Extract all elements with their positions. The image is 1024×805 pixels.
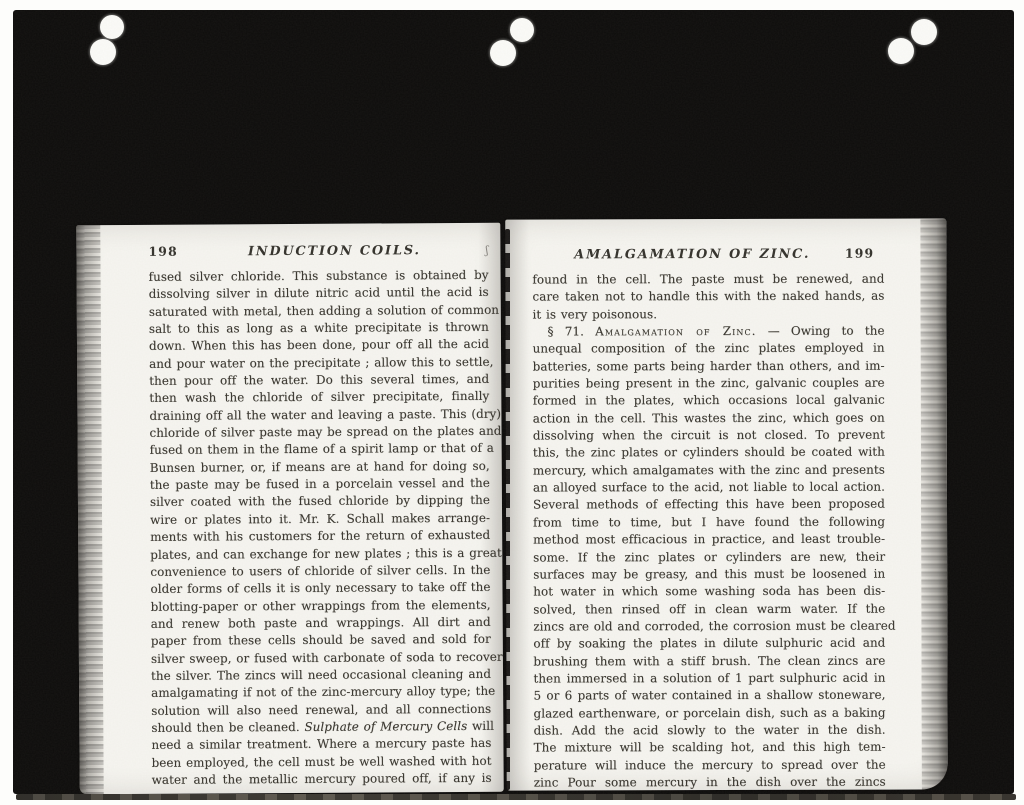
text-line: silver sweep, or fused with carbonate of… bbox=[151, 648, 491, 667]
text-line: amalgamating if not of the zinc-mercury … bbox=[151, 683, 491, 702]
text-segment: dissolving when the circuit is not close… bbox=[533, 428, 885, 443]
text-segment: zincs are old and corroded, the corrosio… bbox=[533, 618, 895, 633]
text-segment: batteries, some parts being harder than … bbox=[533, 358, 885, 373]
text-line: some. If the zinc plates or cylinders ar… bbox=[533, 548, 885, 566]
text-segment: glazed earthenware, or porcelain dish, s… bbox=[534, 705, 886, 720]
text-segment: blotting-paper or other wrappings from t… bbox=[151, 597, 491, 613]
book-page-left: 198 INDUCTION COILS. ʃ fused silver chlo… bbox=[76, 223, 503, 795]
punch-hole bbox=[90, 39, 116, 65]
text-line: been employed, the cell must be well was… bbox=[151, 752, 491, 771]
text-segment: draining off all the water and leaving a… bbox=[149, 406, 501, 422]
text-segment: formed in the plates, which occasions lo… bbox=[533, 393, 885, 408]
page-right-worn-edge bbox=[920, 218, 947, 789]
text-line: perature will induce the mercury to spre… bbox=[534, 756, 886, 774]
text-segment: some. If the zinc plates or cylinders ar… bbox=[533, 549, 885, 564]
text-line: the paste may be fused in a porcelain ve… bbox=[150, 475, 490, 494]
right-running-head-row: AMALGAMATION OF ZINC. 199 bbox=[532, 246, 884, 263]
text-segment: hot water in which some washing soda has… bbox=[533, 584, 885, 599]
text-line: need a similar treatment. Where a mercur… bbox=[151, 735, 491, 754]
small-caps-phrase: Amalgamation of Zinc. bbox=[595, 324, 756, 338]
text-line: chloride of silver paste may be spread o… bbox=[149, 423, 489, 442]
text-line: and renew both paste and wrappings. All … bbox=[151, 614, 491, 633]
text-line: brushing them with a stiff brush. The cl… bbox=[533, 652, 885, 670]
text-line: paper from these cells should be saved a… bbox=[151, 631, 491, 650]
text-line: then immersed in a solution of 1 part su… bbox=[533, 669, 885, 687]
right-page-number: 199 bbox=[826, 246, 884, 261]
text-line: and pour water on the precipitate ; allo… bbox=[149, 353, 489, 372]
text-line: down. When this has been done, pour off … bbox=[149, 336, 489, 355]
text-segment: fused silver chloride. This substance is… bbox=[149, 268, 489, 284]
text-line: older forms of cells it is only necessar… bbox=[150, 579, 490, 598]
text-line: from time to time, but I have found the … bbox=[533, 513, 885, 531]
text-line: formed in the plates, which occasions lo… bbox=[533, 392, 885, 410]
text-segment: — Owing to the bbox=[757, 324, 885, 338]
punch-hole bbox=[911, 19, 937, 45]
text-line: salt to this as long as a white precipit… bbox=[149, 319, 489, 338]
text-segment: Several methods of effecting this have b… bbox=[533, 497, 885, 512]
text-line: surfaces may be greasy, and this must be… bbox=[533, 565, 885, 583]
text-segment: solved, then rinsed off in clean warm wa… bbox=[533, 601, 885, 616]
text-segment: Bunsen burner, or, if means are at hand … bbox=[150, 459, 490, 475]
text-segment: wire or plates into it. Mr. K. Schall ma… bbox=[150, 511, 490, 527]
text-segment: it is very poisonous. bbox=[532, 307, 657, 321]
book-spine-gutter-line bbox=[505, 229, 510, 790]
scan-bottom-edge-streak bbox=[16, 794, 1016, 800]
punch-hole bbox=[888, 38, 914, 64]
text-segment: plates, and can exchange for new plates … bbox=[150, 545, 502, 561]
text-line: silver coated with the fused chloride by… bbox=[150, 492, 490, 511]
text-line: should then be cleaned. Sulphate of Merc… bbox=[151, 718, 491, 737]
text-line: plates, and can exchange for new plates … bbox=[150, 544, 490, 563]
text-segment: an alloyed surface to the acid, not liab… bbox=[533, 480, 885, 495]
text-segment: chloride of silver paste may be spread o… bbox=[149, 424, 501, 440]
book-page-right: AMALGAMATION OF ZINC. 199 found in the c… bbox=[505, 218, 947, 790]
text-segment: need a similar treatment. Where a mercur… bbox=[151, 736, 491, 752]
text-line: convenience to users of chloride of silv… bbox=[150, 562, 490, 581]
text-line: found in the cell. The paste must be ren… bbox=[532, 271, 884, 289]
text-line: unequal composition of the zinc plates e… bbox=[533, 340, 885, 358]
text-line: § 71. Amalgamation of Zinc. — Owing to t… bbox=[533, 323, 885, 341]
text-segment: saturated with metal, then adding a solu… bbox=[149, 302, 499, 318]
text-segment: this, the zinc plates or cylinders shoul… bbox=[533, 445, 885, 460]
text-segment: dissolving silver in dilute nitric acid … bbox=[149, 285, 489, 301]
italic-phrase: Sulphate of Mercury Cells bbox=[304, 719, 467, 734]
text-segment: off by soaking the plates in dilute sulp… bbox=[533, 636, 885, 651]
text-line: batteries, some parts being harder than … bbox=[533, 357, 885, 375]
left-head-stray-mark: ʃ bbox=[462, 244, 488, 257]
text-segment: amalgamating if not of the zinc-mercury … bbox=[151, 684, 495, 700]
text-line: Several methods of effecting this have b… bbox=[533, 496, 885, 514]
text-line: solved, then rinsed off in clean warm wa… bbox=[533, 600, 885, 618]
text-segment: mercury, which amalgamates with the zinc… bbox=[533, 462, 885, 477]
text-segment: should then be cleaned. bbox=[151, 720, 304, 735]
text-line: solution will also need renewal, and all… bbox=[151, 700, 491, 719]
text-line: then wash the chloride of silver precipi… bbox=[149, 388, 489, 407]
text-segment: convenience to users of chloride of silv… bbox=[150, 563, 490, 579]
text-segment: older forms of cells it is only necessar… bbox=[150, 580, 490, 596]
page-left-worn-edge bbox=[76, 225, 103, 794]
text-segment: water and the metallic mercury poured of… bbox=[152, 771, 492, 787]
text-line: hot water in which some washing soda has… bbox=[533, 583, 885, 601]
text-line: The mixture will be scalding hot, and th… bbox=[534, 739, 886, 757]
text-line: wire or plates into it. Mr. K. Schall ma… bbox=[150, 510, 490, 529]
text-segment: The mixture will be scalding hot, and th… bbox=[534, 740, 886, 755]
page-text-left: fused silver chloride. This substance is… bbox=[149, 267, 492, 789]
text-line: saturated with metal, then adding a solu… bbox=[149, 301, 489, 320]
punch-hole bbox=[490, 40, 516, 66]
left-running-head: INDUCTION COILS. bbox=[206, 243, 462, 260]
punch-hole bbox=[510, 18, 534, 42]
text-line: care taken not to handle this with the n… bbox=[532, 288, 884, 306]
text-segment: surfaces may be greasy, and this must be… bbox=[533, 566, 885, 581]
text-line: then pour off the water. Do this several… bbox=[149, 371, 489, 390]
text-line: draining off all the water and leaving a… bbox=[149, 406, 489, 425]
text-segment: method most efficacious in practice, and… bbox=[533, 532, 885, 547]
text-line: blotting-paper or other wrappings from t… bbox=[151, 596, 491, 615]
text-line: dissolving silver in dilute nitric acid … bbox=[149, 284, 489, 303]
text-segment: and pour water on the precipitate ; allo… bbox=[149, 354, 494, 370]
right-running-head: AMALGAMATION OF ZINC. bbox=[558, 247, 826, 263]
left-page-number: 198 bbox=[148, 244, 206, 259]
text-segment: salt to this as long as a white precipit… bbox=[149, 320, 489, 336]
text-segment: then immersed in a solution of 1 part su… bbox=[533, 670, 885, 685]
text-line: fused silver chloride. This substance is… bbox=[149, 267, 489, 286]
text-line: 5 or 6 parts of water contained in a sha… bbox=[533, 687, 885, 705]
text-segment: found in the cell. The paste must be ren… bbox=[532, 272, 884, 287]
text-line: water and the metallic mercury poured of… bbox=[152, 770, 492, 789]
text-segment: from time to time, but I have found the … bbox=[533, 514, 885, 529]
text-line: action in the cell. This wastes the zinc… bbox=[533, 409, 885, 427]
text-line: zinc Pour some mercury in the dish over … bbox=[534, 774, 886, 792]
text-line: glazed earthenware, or porcelain dish, s… bbox=[534, 704, 886, 722]
text-segment: will bbox=[467, 719, 494, 733]
page-text-right: found in the cell. The paste must be ren… bbox=[532, 271, 885, 792]
text-segment: dish. Add the acid slowly to the water i… bbox=[534, 723, 886, 738]
text-segment: the silver. The zincs will need occasion… bbox=[151, 667, 491, 683]
text-line: this, the zinc plates or cylinders shoul… bbox=[533, 444, 885, 462]
text-segment: unequal composition of the zinc plates e… bbox=[533, 341, 885, 356]
text-segment: silver sweep, or fused with carbonate of… bbox=[151, 649, 503, 665]
text-segment: paper from these cells should be saved a… bbox=[151, 632, 491, 648]
text-segment: § 71. bbox=[548, 324, 596, 338]
text-segment: been employed, the cell must be well was… bbox=[152, 753, 492, 769]
text-line: dissolving when the circuit is not close… bbox=[533, 427, 885, 445]
text-line: it is very poisonous. bbox=[532, 305, 884, 323]
text-line: off by soaking the plates in dilute sulp… bbox=[533, 635, 885, 653]
text-line: fused on them in the flame of a spirit l… bbox=[150, 440, 490, 459]
text-segment: 5 or 6 parts of water contained in a sha… bbox=[533, 688, 885, 703]
left-running-head-row: 198 INDUCTION COILS. ʃ bbox=[148, 242, 488, 260]
text-segment: the paste may be fused in a porcelain ve… bbox=[150, 476, 490, 492]
text-segment: care taken not to handle this with the n… bbox=[532, 289, 884, 304]
text-segment: ments with his customers for the return … bbox=[150, 528, 490, 544]
text-line: zincs are old and corroded, the corrosio… bbox=[533, 617, 885, 635]
text-line: Bunsen burner, or, if means are at hand … bbox=[150, 458, 490, 477]
text-segment: action in the cell. This wastes the zinc… bbox=[533, 410, 885, 425]
text-line: the silver. The zincs will need occasion… bbox=[151, 666, 491, 685]
text-segment: and renew both paste and wrappings. All … bbox=[151, 615, 491, 631]
text-segment: then pour off the water. Do this several… bbox=[149, 372, 489, 388]
text-segment: purities being present in the zinc, galv… bbox=[533, 376, 885, 391]
text-line: dish. Add the acid slowly to the water i… bbox=[534, 722, 886, 740]
punch-hole bbox=[100, 15, 124, 39]
text-line: mercury, which amalgamates with the zinc… bbox=[533, 461, 885, 479]
text-line: ments with his customers for the return … bbox=[150, 527, 490, 546]
text-segment: brushing them with a stiff brush. The cl… bbox=[533, 653, 885, 668]
text-segment: down. When this has been done, pour off … bbox=[149, 337, 489, 353]
text-line: an alloyed surface to the acid, not liab… bbox=[533, 479, 885, 497]
text-segment: silver coated with the fused chloride by… bbox=[150, 493, 490, 509]
text-segment: fused on them in the flame of a spirit l… bbox=[150, 441, 494, 457]
text-segment: zinc Pour some mercury in the dish over … bbox=[534, 775, 886, 790]
text-segment: perature will induce the mercury to spre… bbox=[534, 757, 886, 772]
text-line: method most efficacious in practice, and… bbox=[533, 531, 885, 549]
text-line: purities being present in the zinc, galv… bbox=[533, 375, 885, 393]
text-segment: then wash the chloride of silver precipi… bbox=[149, 389, 489, 405]
text-segment: solution will also need renewal, and all… bbox=[151, 701, 491, 717]
